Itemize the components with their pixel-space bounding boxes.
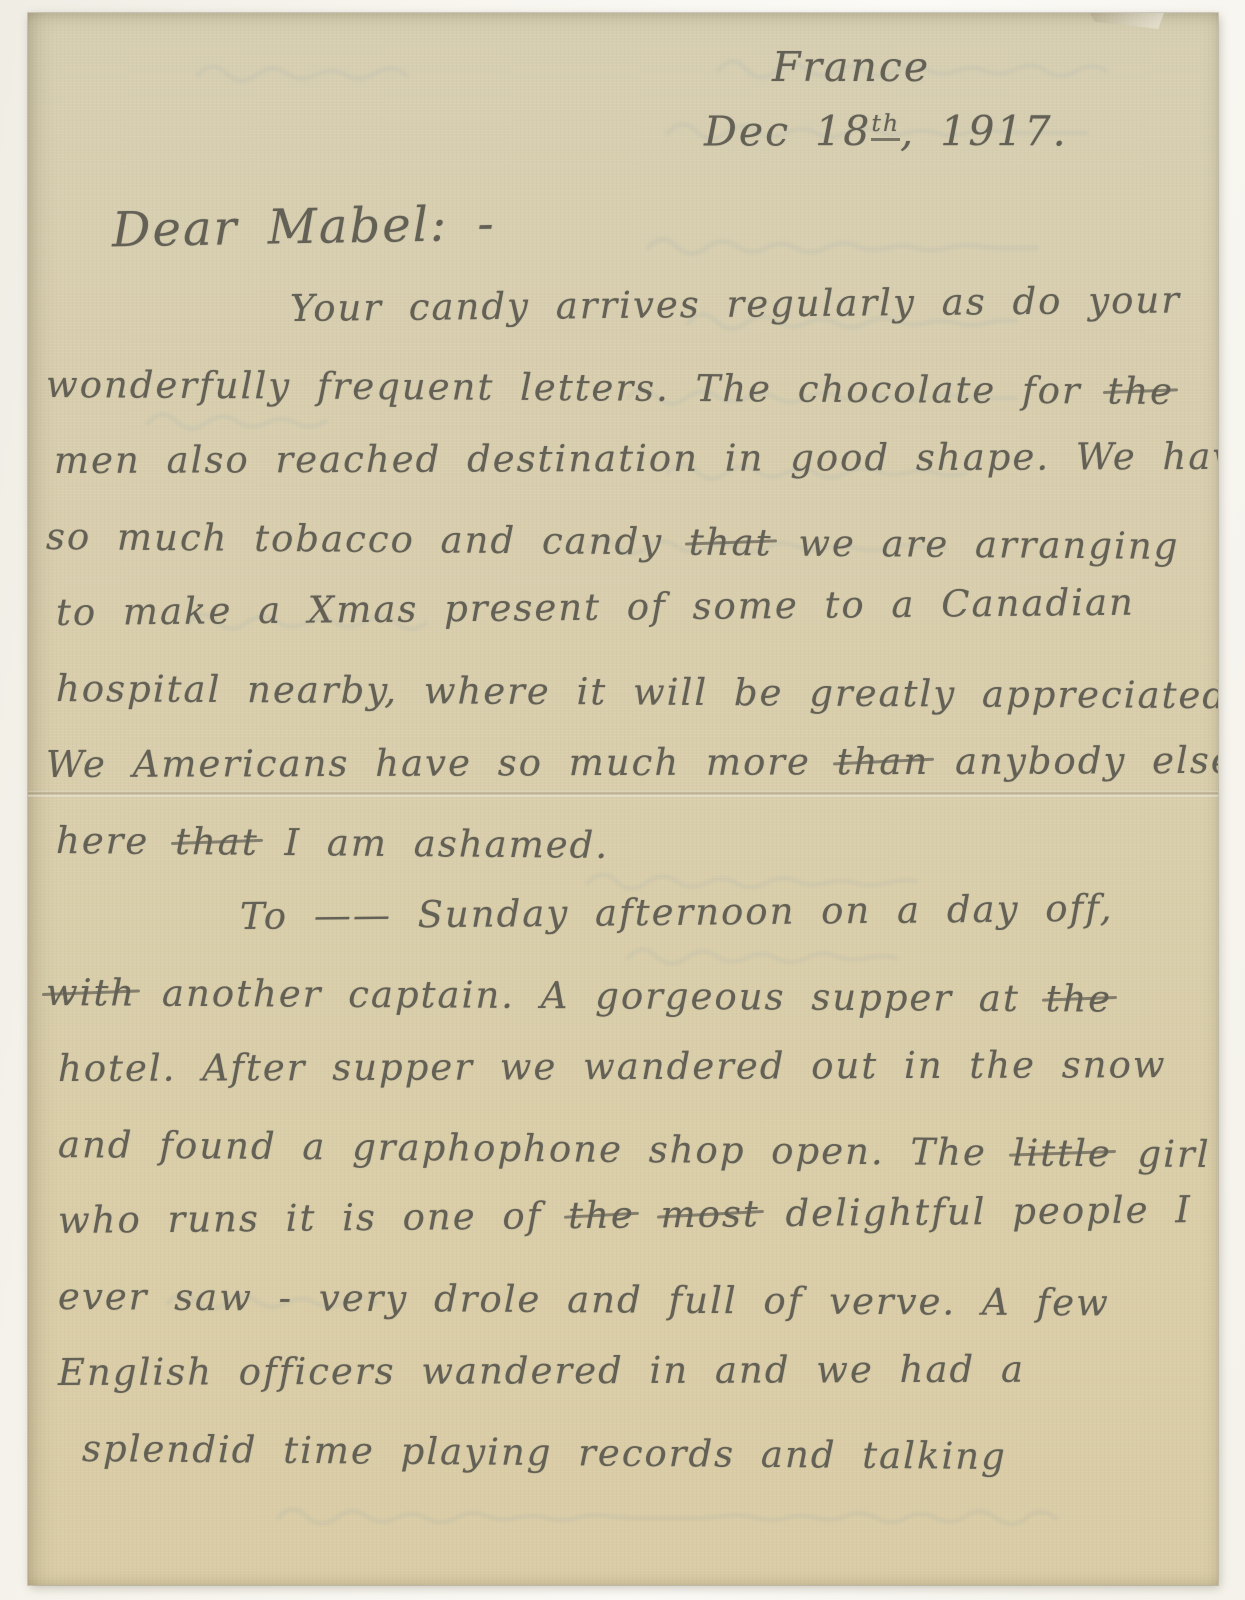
paper-corner-fold <box>1090 13 1164 29</box>
date-year: , 1917. <box>900 108 1067 156</box>
letter-line: hospital nearby, where it will be greatl… <box>56 651 1218 734</box>
date-day: Dec 18 <box>704 108 871 156</box>
letter-page: France Dec 18th, 1917. Dear Mabel: - You… <box>28 13 1218 1585</box>
letter-line: Your candy arrives regularly as do your <box>290 262 1218 347</box>
letter-body: Your candy arrives regularly as do yourw… <box>46 271 1218 1487</box>
letter-line: men also reached destination in good sha… <box>54 419 1218 499</box>
letter-line: English officers wandered in and we had … <box>58 1331 1218 1411</box>
letter-line: wonderfully frequent letters. The chocol… <box>46 347 1218 430</box>
letter-line: ever saw - very drole and full of verve.… <box>58 1259 1218 1342</box>
letter-line: hotel. After supper we wandered out in t… <box>58 1027 1218 1107</box>
dateline-place: France <box>772 39 1174 95</box>
date-ordinal: th <box>871 109 900 141</box>
dateline: France Dec 18th, 1917. <box>704 39 1174 160</box>
dateline-date: Dec 18th, 1917. <box>704 95 1174 160</box>
letter-line: To —— Sunday afternoon on a day off, <box>240 870 1218 955</box>
salutation: Dear Mabel: - <box>112 196 497 259</box>
scanned-letter-photo: { "letter": { "place": "France", "date":… <box>0 0 1245 1600</box>
letter-line: who runs it is one of the most delightfu… <box>58 1172 1218 1259</box>
fold-crease <box>28 791 1218 797</box>
letter-line: with another captain. A gorgeous supper … <box>46 955 1218 1038</box>
letter-line: splendid time playing records and talkin… <box>82 1411 1218 1497</box>
letter-line: to make a Xmas present of some to a Cana… <box>56 564 1218 651</box>
